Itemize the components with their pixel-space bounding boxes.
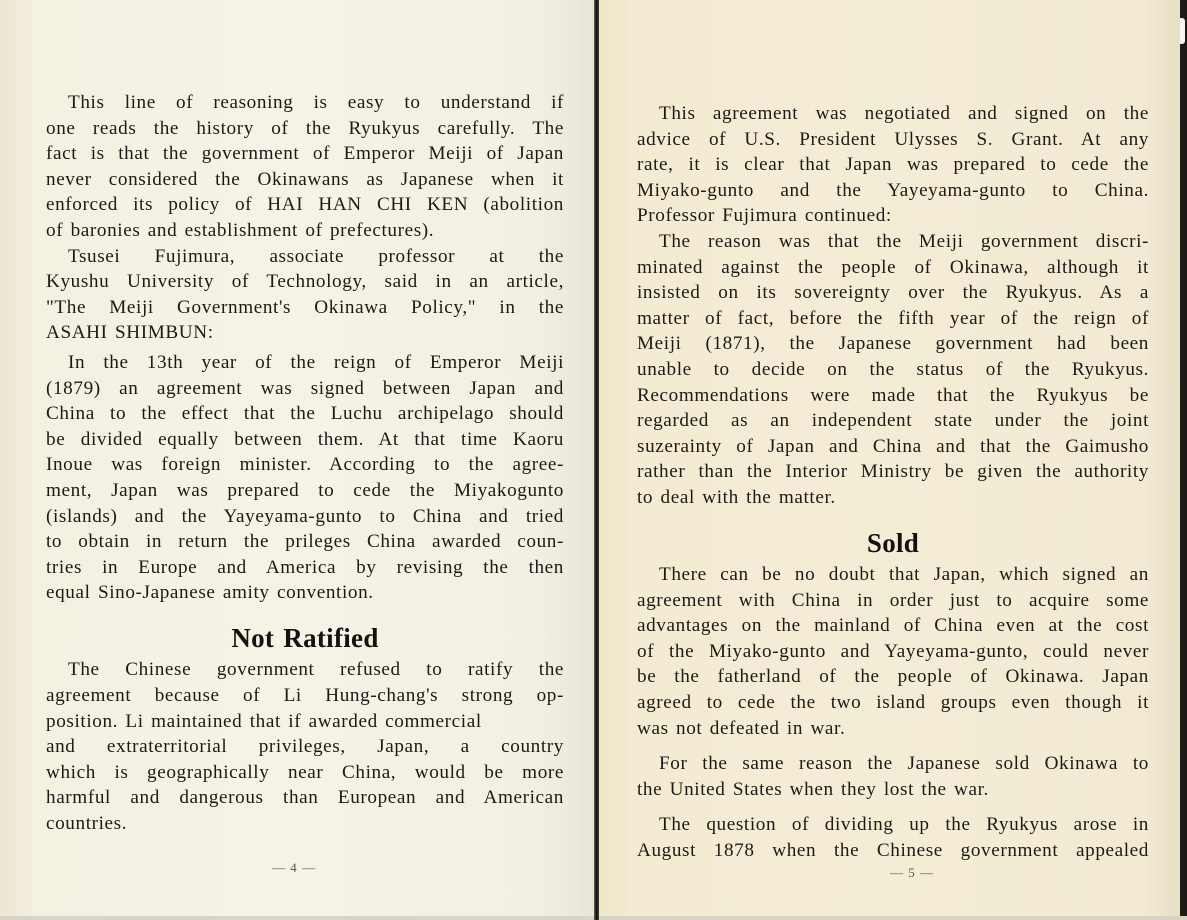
text-line: minated against the people of Okinawa, a… <box>637 255 1149 281</box>
text-line: be the fatherland of the people of Okina… <box>637 664 1149 690</box>
scan-edge-notch <box>1180 18 1185 44</box>
text-line: This line of reasoning is easy to unders… <box>46 90 564 116</box>
paragraph: For the same reason the Japanese sold Ok… <box>637 751 1149 802</box>
text-line: be divided equally between them. At that… <box>46 427 564 453</box>
text-line: insisted on its sovereignty over the Ryu… <box>637 280 1149 306</box>
text-line: equal Sino-Japanese amity convention. <box>46 580 564 606</box>
text-line: "The Meiji Government's Okinawa Policy,"… <box>46 295 564 321</box>
text-line: and extraterritorial privileges, Japan, … <box>46 734 564 760</box>
text-line: August 1878 when the Chinese government … <box>637 838 1149 864</box>
text-line: China to the effect that the Luchu archi… <box>46 401 564 427</box>
text-line: enforced its policy of HAI HAN CHI KEN (… <box>46 192 564 218</box>
text-line: harmful and dangerous than European and … <box>46 785 564 811</box>
booklet-spread: This line of reasoning is easy to unders… <box>0 0 1187 920</box>
text-line: the United States when they lost the war… <box>637 777 1149 803</box>
page-number: — 4 — <box>272 860 316 876</box>
text-line: suzerainty of Japan and China and that t… <box>637 434 1149 460</box>
paragraph: Tsusei Fujimura, associate professor at … <box>46 244 564 346</box>
text-line: agreed to cede the two island groups eve… <box>637 690 1149 716</box>
text-line: unable to decide on the status of the Ry… <box>637 357 1149 383</box>
text-line: Recommendations were made that the Ryuky… <box>637 383 1149 409</box>
text-line: Miyako-gunto and the Yayeyama-gunto to C… <box>637 178 1149 204</box>
text-line: which is geographically near China, woul… <box>46 760 564 786</box>
text-line: fact is that the government of Emperor M… <box>46 141 564 167</box>
text-line: The reason was that the Meiji government… <box>637 229 1149 255</box>
text-line: Meiji (1871), the Japanese government ha… <box>637 331 1149 357</box>
paragraph: The reason was that the Meiji government… <box>637 229 1149 511</box>
text-line: ASAHI SHIMBUN: <box>46 320 564 346</box>
text-line: advantages on the mainland of China even… <box>637 613 1149 639</box>
text-line: one reads the history of the Ryukyus car… <box>46 116 564 142</box>
text-line: rather than the Interior Ministry be giv… <box>637 459 1149 485</box>
text-line: Kyushu University of Technology, said in… <box>46 269 564 295</box>
paragraph: The question of dividing up the Ryukyus … <box>637 812 1149 863</box>
text-line: to deal with the matter. <box>637 485 1149 511</box>
left-page: This line of reasoning is easy to unders… <box>0 0 596 920</box>
text-line: This agreement was negotiated and signed… <box>637 101 1149 127</box>
section-heading: Sold <box>637 531 1149 557</box>
text-line: ment, Japan was prepared to cede the Miy… <box>46 478 564 504</box>
text-line: rate, it is clear that Japan was prepare… <box>637 152 1149 178</box>
right-page: This agreement was negotiated and signed… <box>596 0 1180 920</box>
scan-edge <box>1180 0 1187 920</box>
text-line: There can be no doubt that Japan, which … <box>637 562 1149 588</box>
text-line: was not defeated in war. <box>637 716 1149 742</box>
paragraph: This line of reasoning is easy to unders… <box>46 90 564 244</box>
text-line: Tsusei Fujimura, associate professor at … <box>46 244 564 270</box>
section-heading: Not Ratified <box>46 626 564 652</box>
text-line: Inoue was foreign minister. According to… <box>46 452 564 478</box>
text-line: For the same reason the Japanese sold Ok… <box>637 751 1149 777</box>
text-line: position. Li maintained that if awarded … <box>46 709 564 735</box>
text-line: advice of U.S. President Ulysses S. Gran… <box>637 127 1149 153</box>
text-line: countries. <box>46 811 564 837</box>
text-line: never considered the Okinawans as Japane… <box>46 167 564 193</box>
text-line: tries in Europe and America by revising … <box>46 555 564 581</box>
paragraph: This agreement was negotiated and signed… <box>637 101 1149 229</box>
text-line: matter of fact, before the fifth year of… <box>637 306 1149 332</box>
book-spine <box>594 0 599 920</box>
text-line: The question of dividing up the Ryukyus … <box>637 812 1149 838</box>
paragraph: There can be no doubt that Japan, which … <box>637 562 1149 741</box>
text-line: agreement with China in order just to ac… <box>637 588 1149 614</box>
text-line: (islands) and the Yayeyama-gunto to Chin… <box>46 504 564 530</box>
left-page-text: This line of reasoning is easy to unders… <box>46 90 564 837</box>
text-line: of the Miyako-gunto and Yayeyama-gunto, … <box>637 639 1149 665</box>
text-line: In the 13th year of the reign of Emperor… <box>46 350 564 376</box>
text-line: agreement because of Li Hung-chang's str… <box>46 683 564 709</box>
text-line: (1879) an agreement was signed between J… <box>46 376 564 402</box>
paragraph: The Chinese government refused to ratify… <box>46 657 564 836</box>
text-line: to obtain in return the prileges China a… <box>46 529 564 555</box>
paragraph: In the 13th year of the reign of Emperor… <box>46 350 564 606</box>
text-line: The Chinese government refused to ratify… <box>46 657 564 683</box>
right-page-text: This agreement was negotiated and signed… <box>637 101 1149 864</box>
text-line: regarded as an independent state under t… <box>637 408 1149 434</box>
page-number: — 5 — <box>890 865 934 881</box>
text-line: of baronies and establishment of prefect… <box>46 218 564 244</box>
text-line: Professor Fujimura continued: <box>637 203 1149 229</box>
